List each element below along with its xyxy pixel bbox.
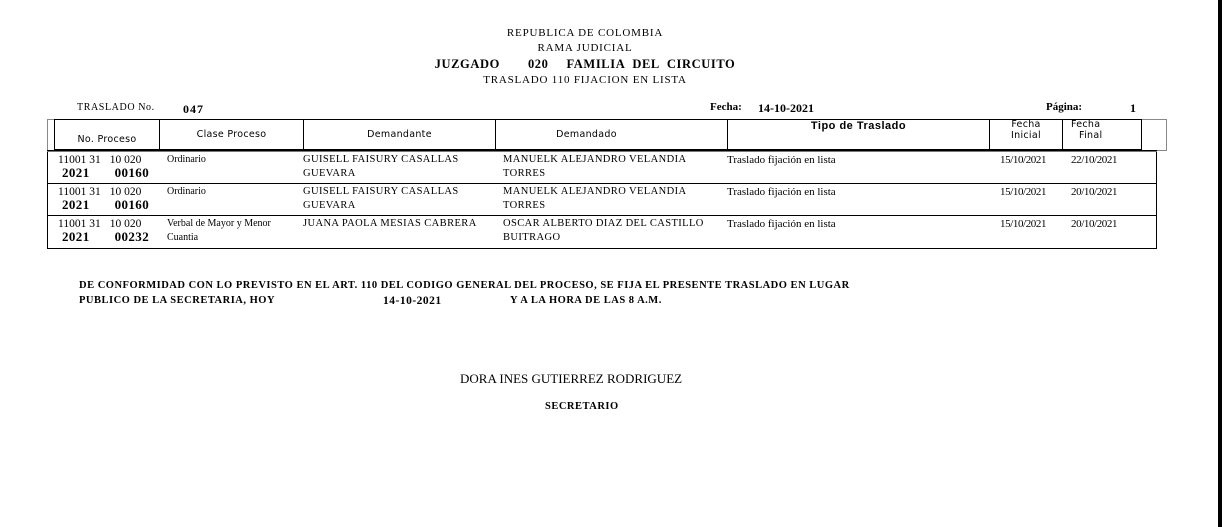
tipo-traslado: Traslado fijación en lista bbox=[727, 185, 836, 199]
signer-name: DORA INES GUTIERREZ RODRIGUEZ bbox=[460, 371, 682, 387]
col-demandado: Demandado bbox=[496, 119, 728, 150]
demandado: MANUELK ALEJANDRO VELANDIA TORRES bbox=[503, 185, 718, 213]
traslado-label: TRASLADO No. bbox=[77, 102, 155, 113]
clase-proceso: Ordinario bbox=[167, 153, 302, 167]
pagina-label: Página: bbox=[1046, 101, 1082, 113]
table-row: 11001 3110 020 202100160 Ordinario GUISE… bbox=[48, 152, 1156, 184]
table-row: 11001 3110 020 202100160 Ordinario GUISE… bbox=[48, 184, 1156, 216]
demandante: GUISELL FAISURY CASALLAS GUEVARA bbox=[303, 153, 498, 181]
signer-title: SECRETARIO bbox=[545, 401, 619, 412]
fecha-value: 14-10-2021 bbox=[758, 101, 814, 116]
demandante: GUISELL FAISURY CASALLAS GUEVARA bbox=[303, 185, 498, 213]
fecha-inicial: 15/10/2021 bbox=[1000, 153, 1046, 167]
header-court: JUZGADO020FAMILIA DEL CIRCUITO bbox=[0, 57, 1170, 72]
court-name: FAMILIA DEL CIRCUITO bbox=[567, 57, 736, 71]
col-clase: Clase Proceso bbox=[160, 119, 304, 150]
legal-text-line2-prefix: PUBLICO DE LA SECRETARIA, HOY bbox=[79, 295, 275, 306]
legal-text-date: 14-10-2021 bbox=[383, 295, 442, 307]
demandante: JUANA PAOLA MESIAS CABRERA bbox=[303, 217, 498, 231]
court-number: 020 bbox=[528, 57, 549, 71]
header-republic: REPUBLICA DE COLOMBIA bbox=[0, 27, 1170, 39]
clase-proceso: Ordinario bbox=[167, 185, 302, 199]
header-subtitle: TRASLADO 110 FIJACION EN LISTA bbox=[0, 74, 1170, 86]
proceso-number: 202100160 bbox=[62, 166, 149, 180]
demandado: OSCAR ALBERTO DIAZ DEL CASTILLO BUITRAGO bbox=[503, 217, 718, 245]
fecha-inicial: 15/10/2021 bbox=[1000, 217, 1046, 231]
col-proceso: No. Proceso bbox=[54, 119, 160, 150]
court-prefix: JUZGADO bbox=[435, 57, 500, 71]
demandado: MANUELK ALEJANDRO VELANDIA TORRES bbox=[503, 153, 718, 181]
legal-text-line1: DE CONFORMIDAD CON LO PREVISTO EN EL ART… bbox=[79, 280, 850, 291]
tipo-traslado: Traslado fijación en lista bbox=[727, 217, 836, 231]
fecha-final: 22/10/2021 bbox=[1071, 153, 1117, 167]
col-fecha-final: Fecha Final bbox=[1063, 119, 1142, 150]
fecha-final: 20/10/2021 bbox=[1071, 185, 1117, 199]
table-body: 11001 3110 020 202100160 Ordinario GUISE… bbox=[47, 152, 1157, 249]
pagina-value: 1 bbox=[1130, 101, 1136, 116]
col-tipo: Tipo de Traslado bbox=[728, 119, 990, 150]
proceso-number: 202100232 bbox=[62, 230, 149, 244]
fecha-final: 20/10/2021 bbox=[1071, 217, 1117, 231]
tipo-traslado: Traslado fijación en lista bbox=[727, 153, 836, 167]
clase-proceso: Verbal de Mayor y Menor Cuantia bbox=[167, 217, 302, 245]
legal-text-line2-suffix: Y A LA HORA DE LAS 8 A.M. bbox=[510, 295, 662, 306]
traslado-number: 047 bbox=[183, 102, 204, 117]
table-row: 11001 3110 020 202100232 Verbal de Mayor… bbox=[48, 216, 1156, 248]
proceso-number: 202100160 bbox=[62, 198, 149, 212]
fecha-label: Fecha: bbox=[710, 101, 742, 113]
page-edge-bar bbox=[1218, 0, 1222, 527]
fecha-inicial: 15/10/2021 bbox=[1000, 185, 1046, 199]
header-branch: RAMA JUDICIAL bbox=[0, 42, 1170, 54]
col-fecha-inicial: Fecha Inicial bbox=[990, 119, 1063, 150]
